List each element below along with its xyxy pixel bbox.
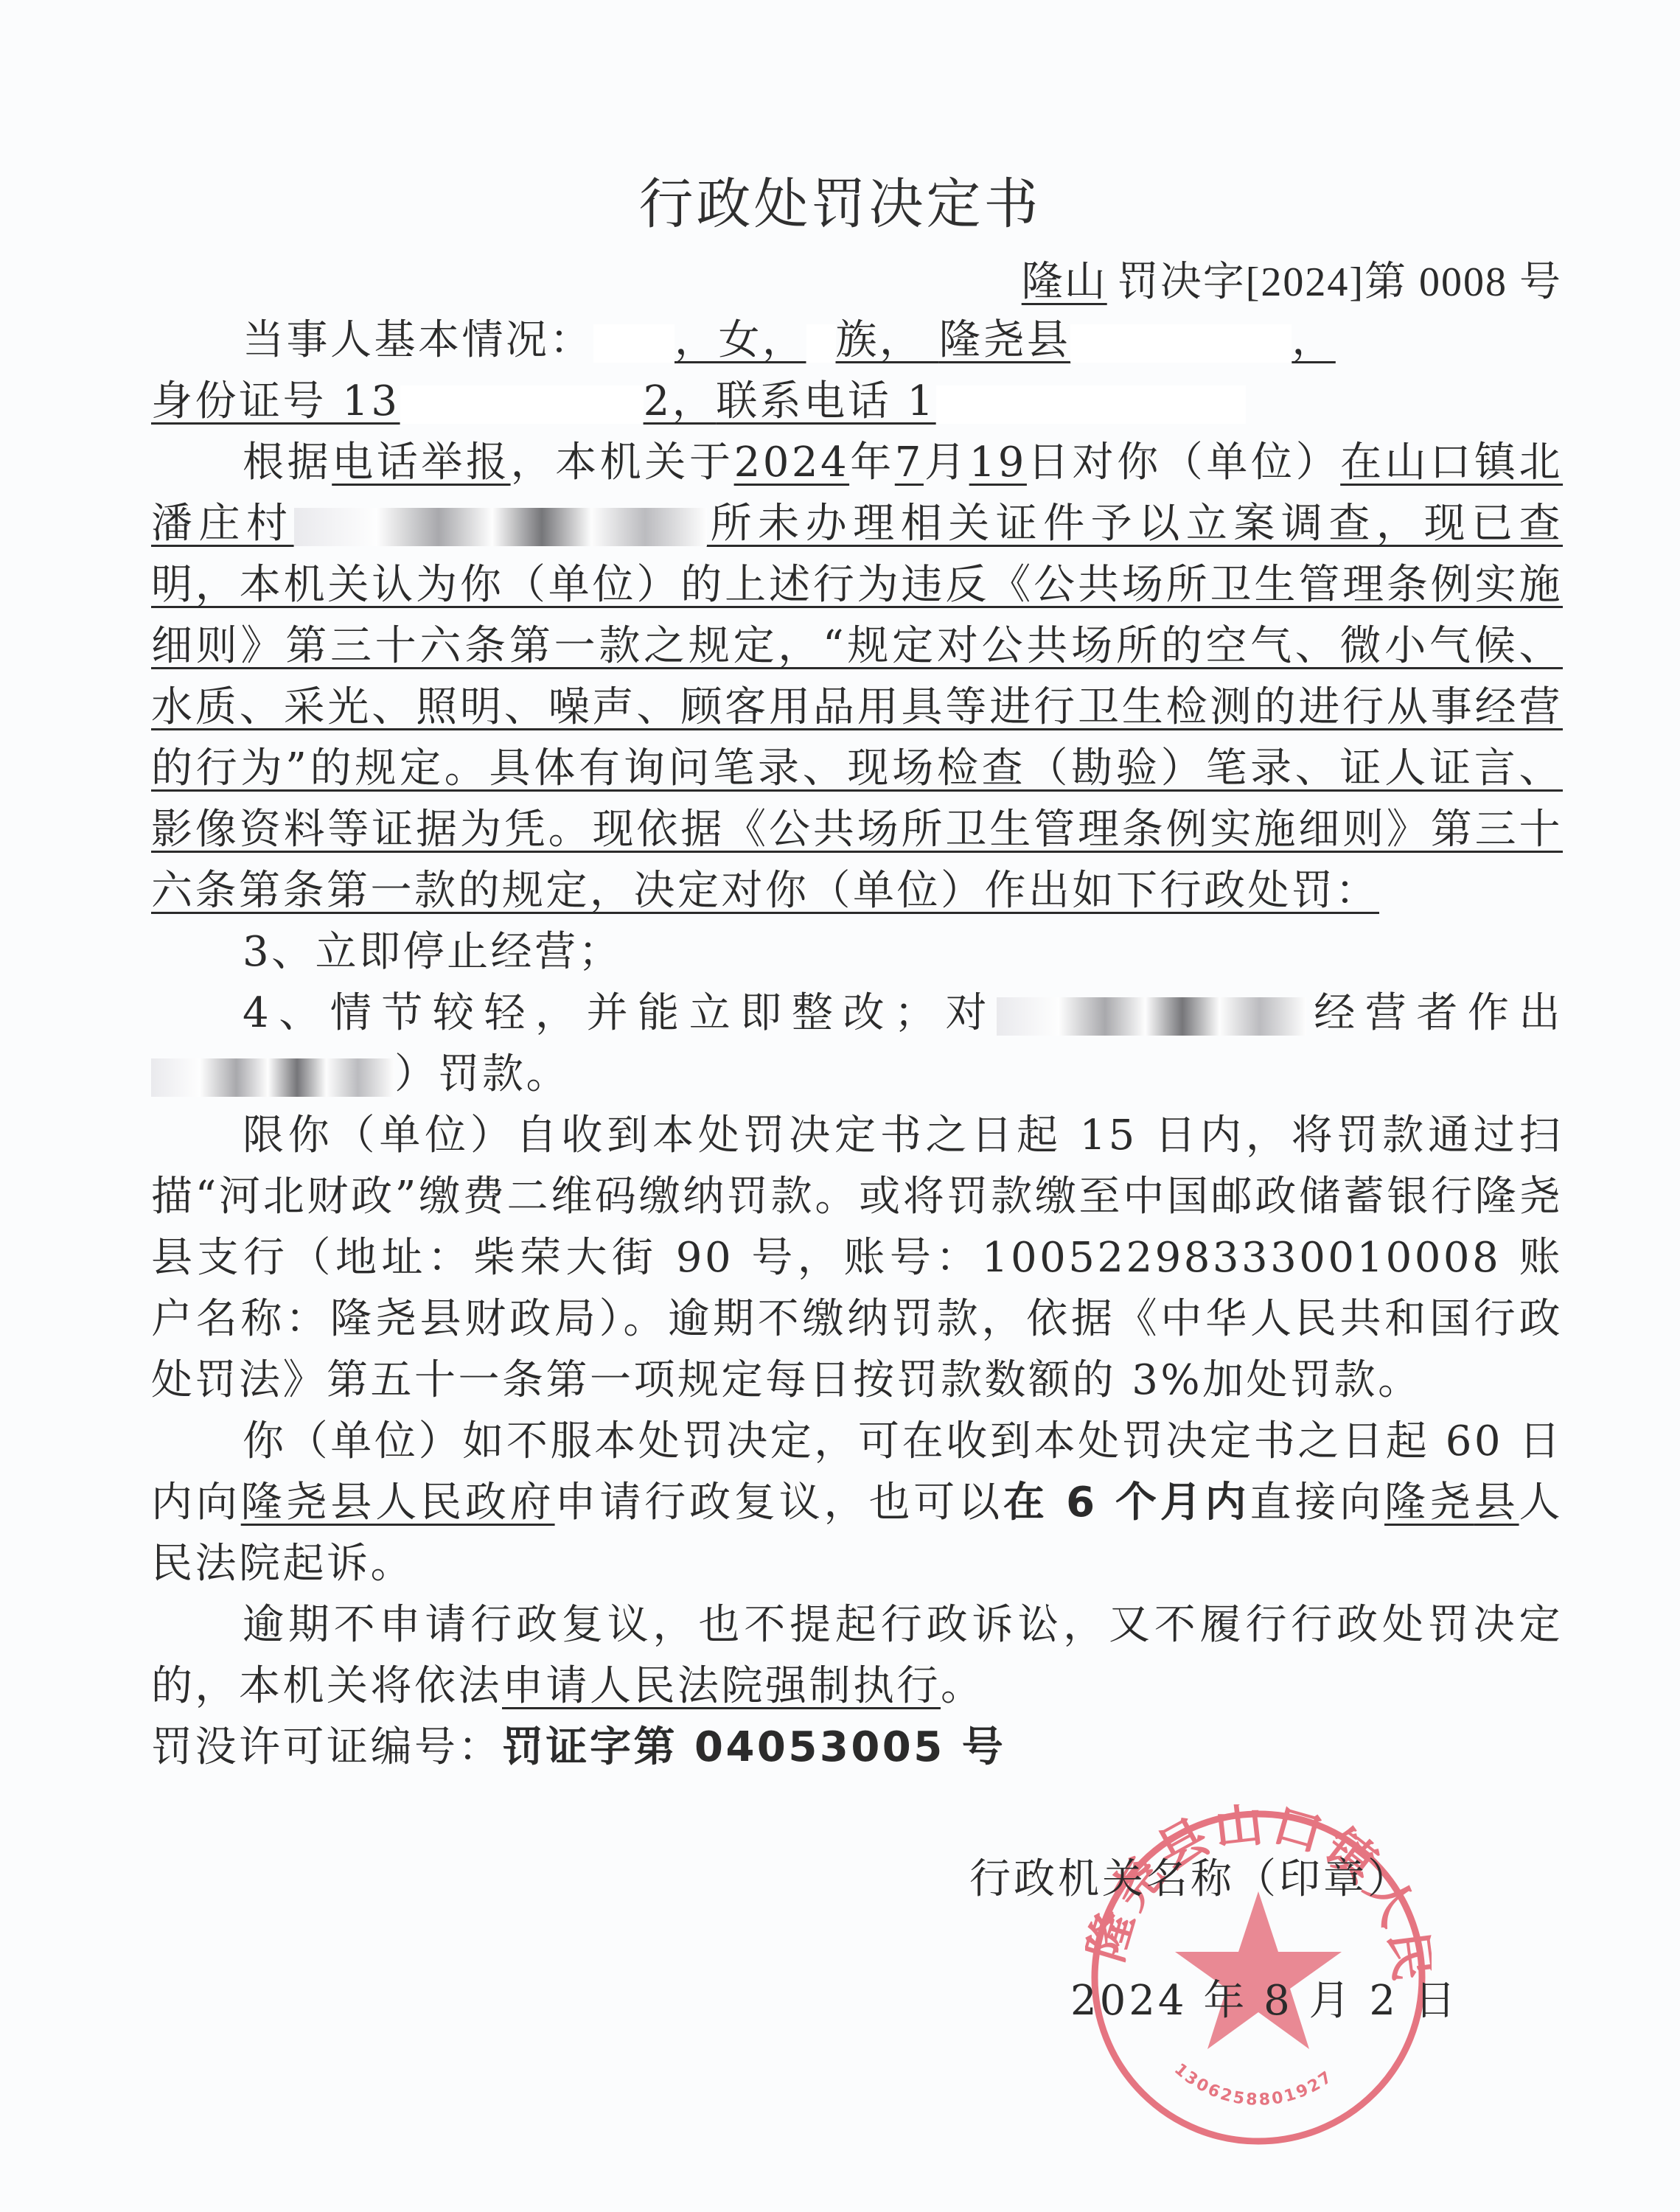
svg-text:1306258801927: 1306258801927 — [1171, 2060, 1337, 2110]
document-number: 隆山罚决字[2024]第 0008 号 — [1011, 249, 1562, 308]
issuing-authority-label: 行政机关名称（印章） — [969, 1846, 1412, 1905]
redacted-id-number — [400, 385, 644, 424]
review-authority: 隆尧县人民政府 — [241, 1479, 555, 1527]
enforcement-paragraph: 逾期不申请行政复议，也不提起行政诉讼，又不履行行政处罚决定的，本机关将依法申请人… — [151, 1594, 1563, 1717]
enforcement-text: 。 — [941, 1662, 985, 1710]
facts-underlined: 在山口镇北潘庄村所未办理相关证件予以立案调查，现已查明，本机关认为你（单位）的上… — [151, 439, 1563, 915]
payment-paragraph: 限你（单位）自收到本处罚决定书之日起 15 日内，将罚款通过扫描“河北财政”缴费… — [151, 1105, 1563, 1411]
penalty-text: 4、情节较轻，并能立即整改；对 — [243, 989, 997, 1037]
document-body: 当事人基本情况：，女，族， 隆尧县，身份证号 132，联系电话 1 根据电话举报… — [151, 310, 1563, 1778]
party-phone-label: 联系电话 1 — [716, 377, 935, 425]
redacted-name — [593, 324, 675, 363]
party-address-end: ， — [1292, 316, 1336, 364]
issue-date: 2024 年 8 月 2 日 — [1070, 1968, 1459, 2027]
facts-paragraph: 根据电话举报，本机关于2024年7月19日对你（单位）在山口镇北潘庄村所未办理相… — [151, 432, 1563, 921]
court-name-b: 县 — [1474, 1479, 1519, 1527]
party-address: 隆尧县 — [939, 316, 1071, 364]
appeal-deadline: 在 6 个月内 — [1003, 1479, 1250, 1527]
party-ethnicity: 族， — [836, 316, 924, 364]
facts-text: 年 — [849, 439, 895, 486]
document-number-rest: 罚决字[2024]第 0008 号 — [1118, 259, 1562, 305]
court-name-a: 隆尧 — [1384, 1479, 1474, 1527]
license-number: 罚证字第 04053005 号 — [502, 1723, 1005, 1771]
redacted-ethnicity — [806, 324, 836, 363]
penalty-text: 经营者作出 — [1306, 989, 1563, 1037]
appeal-paragraph: 你（单位）如不服本处罚决定，可在收到本处罚决定书之日起 60 日内向隆尧县人民政… — [151, 1411, 1563, 1594]
court-name: 隆尧县 — [1384, 1479, 1519, 1527]
appeal-text: 申请行政复议，也可以 — [555, 1479, 1003, 1527]
facts-text: 月 — [924, 439, 969, 486]
party-gender: ，女， — [675, 316, 806, 364]
party-id-tail: 2， — [644, 377, 717, 425]
facts-text: ，本机关于 — [511, 439, 734, 486]
case-day: 19 — [969, 439, 1027, 486]
appeal-text: 直接向 — [1249, 1479, 1384, 1527]
document-number-prefix: 隆山 — [1011, 259, 1118, 305]
facts-text: 日对你（单位） — [1027, 439, 1340, 486]
penalty-text: ）罚款。 — [394, 1050, 570, 1098]
redacted-business-name — [294, 508, 707, 546]
license-label: 罚没许可证编号： — [151, 1723, 502, 1771]
seal-code: 1306258801927 — [1171, 2060, 1337, 2110]
party-info: 当事人基本情况：，女，族， 隆尧县，身份证号 132，联系电话 1 — [151, 310, 1563, 432]
party-id-line: 身份证号 132，联系电话 1 — [151, 377, 1246, 425]
penalty-item-3: 3、立即停止经营； — [151, 921, 1563, 983]
document-title: 行政处罚决定书 — [0, 161, 1680, 239]
facts-text: 根据 — [243, 439, 332, 486]
party-info-details: ，女，族， 隆尧县， — [593, 316, 1336, 364]
facts-findings: 所未办理相关证件予以立案调查，现已查明，本机关认为你（单位）的上述行为违反《公共… — [151, 500, 1563, 915]
party-info-label: 当事人基本情况： — [243, 316, 593, 364]
case-year: 2024 — [734, 439, 850, 486]
redacted-address — [1070, 324, 1292, 363]
redacted-fine-amount — [151, 1058, 394, 1097]
redacted-phone — [936, 385, 1246, 424]
enforcement-action: 申请人民法院强制执行 — [502, 1662, 941, 1710]
report-source: 电话举报 — [332, 439, 510, 486]
party-id-label: 身份证号 13 — [151, 377, 400, 425]
penalty-item-4: 4、情节较轻，并能立即整改；对经营者作出）罚款。 — [151, 983, 1563, 1105]
case-month: 7 — [895, 439, 924, 486]
redacted-operator-name — [997, 997, 1306, 1036]
document-page: 行政处罚决定书 隆山罚决字[2024]第 0008 号 当事人基本情况：，女，族… — [0, 0, 1680, 2212]
license-line: 罚没许可证编号：罚证字第 04053005 号 — [151, 1717, 1563, 1778]
